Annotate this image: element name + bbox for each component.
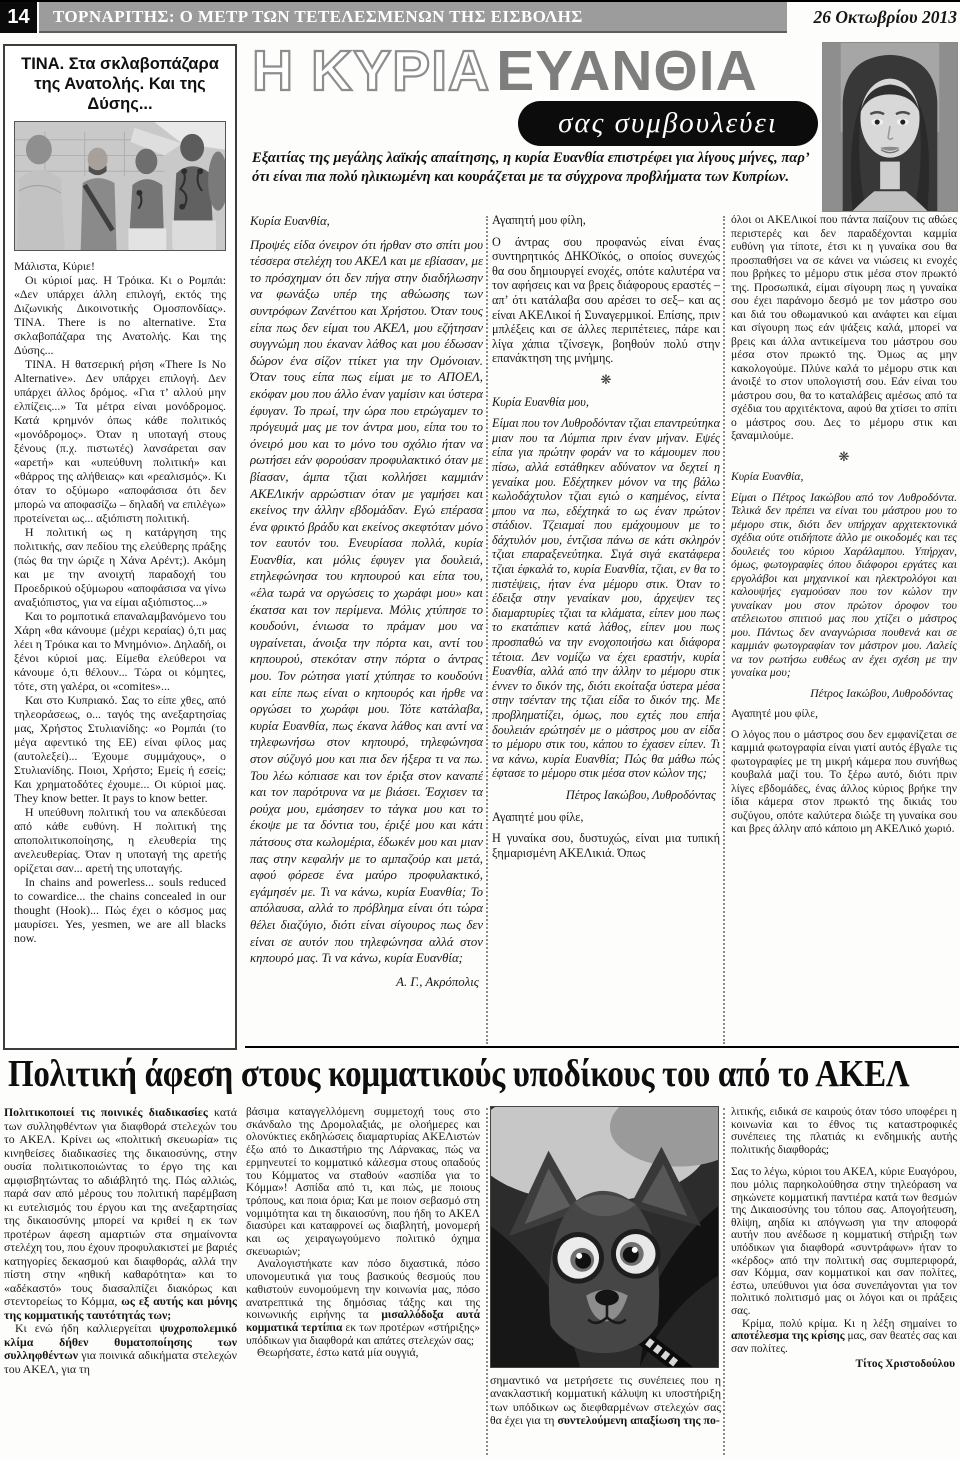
tina-paragraph: ΤΙΝΑ. Η θατσερική ρήση «There Is No Alte… [14, 357, 226, 525]
column-divider [486, 1108, 488, 1455]
column-divider [486, 216, 488, 1044]
flower-ornament-icon: ❋ [731, 450, 957, 464]
tina-box-title: ΤΙΝΑ. Στα σκλαβοπάζαρα της Ανατολής. Και… [14, 51, 226, 121]
article-paragraph: σημαντικό να μετρήσετε τις συνέπειες που… [490, 1374, 721, 1427]
article-paragraph: Κρίμα, πολύ κρίμα. Κι η λέξη σημαίνει το… [731, 1318, 957, 1356]
article-paragraph: Θεωρήσατε, έστω κατά μία ουγγιά, [246, 1347, 480, 1360]
masthead-title-solid: ΕΥΑΝΘΙΑ [496, 39, 758, 103]
reply-body: Η γυναίκα σου, δυστυχώς, είναι μια τυπικ… [492, 831, 720, 860]
article-column-1: Πολιτικοποιεί τις ποινικές διαδικασίες κ… [4, 1106, 237, 1458]
header-title: ΤΟΡΝΑΡΙΤΗΣ: Ο ΜΕΤΡ ΤΩΝ ΤΕΤΕΛΕΣΜΕΝΩΝ ΤΗΣ … [53, 7, 583, 27]
section-rule [245, 1046, 959, 1048]
article-paragraph: Σας το λέγω, κύριοι του ΑΚΕΛ, κύριε Ευαγ… [731, 1166, 957, 1317]
masthead-title-outline: Η ΚΥΡΙΑ [252, 39, 490, 103]
masthead-title: Η ΚΥΡΙΑΕΥΑΝΘΙΑ [252, 42, 818, 100]
page-number: 14 [0, 2, 37, 33]
letter-signature: Α. Γ., Ακρόπολις [250, 974, 483, 991]
letter-body: Είμαι ο Πέτρος Ιακώβου από τον Λυθροδόντ… [731, 491, 957, 680]
letter-body: Προψές είδα όνειρον ότι ήρθαν στο σπίτι … [250, 237, 483, 967]
flower-ornament-icon: ❋ [492, 373, 720, 388]
letter-salutation: Κυρία Ευανθία μου, [492, 395, 720, 410]
reply-body: Ο άντρας σου προφανώς είναι ένας συντηρη… [492, 235, 720, 366]
tina-sidebar-box: ΤΙΝΑ. Στα σκλαβοπάζαρα της Ανατολής. Και… [3, 44, 237, 1050]
article-paragraph: Κι ενώ ήδη καλλιεργείται ψυχροπολεμικό κ… [4, 1322, 237, 1376]
bold-phrase: αποτέλεσμα της κρίσης [731, 1330, 845, 1342]
column-divider [723, 1108, 725, 1455]
header-bar: ΤΟΡΝΑΡΙΤΗΣ: Ο ΜΕΤΡ ΤΩΝ ΤΕΤΕΛΕΣΜΕΝΩΝ ΤΗΣ … [39, 2, 787, 33]
paragraph-text: Κρίμα, πολύ κρίμα. Κι η λέξη σημαίνει το [742, 1318, 957, 1330]
letter-column-1: Κυρία Ευανθία, Προψές είδα όνειρον ότι ή… [250, 213, 483, 1046]
tina-paragraph: Μάλιστα, Κύριε! [14, 259, 226, 273]
bold-phrase: συντελούμενη απαξίωση της πο- [557, 1413, 719, 1427]
reply-salutation: Αγαπητέ μου φίλε, [492, 810, 720, 825]
article-paragraph: βάσιμα καταγγελλόμενη συμμετοχή τους στο… [246, 1106, 480, 1258]
tina-paragraph: Και στο Κυπριακό. Σας το είπε χθες, από … [14, 693, 226, 805]
tagline-pill: σας συμβουλεύει [518, 101, 818, 146]
paragraph-text: κατά των συλληφθέντων για διαφθορά στελε… [4, 1106, 237, 1308]
newspaper-page: 14 ΤΟΡΝΑΡΙΤΗΣ: Ο ΜΕΤΡ ΤΩΝ ΤΕΤΕΛΕΣΜΕΝΩΝ Τ… [0, 0, 960, 1460]
evanthia-portrait-photo [822, 42, 958, 212]
reply-body: Ο λόγος που ο μάστρος σου δεν εμφανίζετα… [731, 728, 957, 836]
article-paragraph: Αναλογιστήκατε καν πόσο διχαστικά, πόσο … [246, 1258, 480, 1347]
bold-lead: Πολιτικοποιεί τις ποινικές διαδικασίες [4, 1106, 208, 1119]
letter-salutation: Κυρία Ευανθία, [250, 213, 483, 230]
slave-market-photo [14, 121, 226, 251]
intro-deck: Εξαιτίας της μεγάλης λαϊκής απαίτησης, η… [252, 149, 814, 187]
dog-photo [490, 1106, 719, 1368]
article-paragraph: λιτικής, ειδικά σε καιρούς όταν τόσο υπο… [731, 1106, 957, 1156]
tina-paragraph: Οι κύριοί μας. Η Τρόικα. Κι ο Ρομπάι: «Δ… [14, 273, 226, 357]
letter-column-3: όλοι οι ΑΚΕΛικοί που πάντα παίζουν τις α… [731, 213, 957, 1046]
tagline-text: σας συμβουλεύει [558, 107, 778, 140]
article-column-4: λιτικής, ειδικά σε καιρούς όταν τόσο υπο… [731, 1106, 957, 1458]
paragraph-text: Κι ενώ ήδη καλλιεργείται [15, 1321, 159, 1335]
article-paragraph: Πολιτικοποιεί τις ποινικές διαδικασίες κ… [4, 1106, 237, 1322]
letter-body: Είμαι που τον Λυθροδόνταν τζιαι επαντρεύ… [492, 416, 720, 781]
article-headline: Πολιτική άφεση στους κομματικούς υποδίκο… [8, 1054, 956, 1096]
letter-signature: Πέτρος Ιακώβου, Λυθροδόντας [492, 788, 720, 803]
tina-paragraph: Και το ρομποτικά επαναλαμβανόμενο του Χά… [14, 609, 226, 693]
reply-body: όλοι οι ΑΚΕΛικοί που πάντα παίζουν τις α… [731, 213, 957, 443]
letter-salutation: Κυρία Ευανθία, [731, 470, 957, 484]
letter-signature: Πέτρος Ιακώβου, Λυθροδόντας [731, 687, 957, 701]
column-divider [723, 216, 725, 1044]
tina-paragraph: Η υπεύθυνη πολιτική του να απεκδύεσαι απ… [14, 805, 226, 875]
reply-salutation: Αγαπητέ μου φίλε, [731, 707, 957, 721]
tina-paragraph: Η πολιτική ως η κατάργηση της πολιτικής,… [14, 525, 226, 609]
tina-paragraph: In chains and powerless... souls reduced… [14, 875, 226, 945]
article-column-2: βάσιμα καταγγελλόμενη συμμετοχή τους στο… [246, 1106, 480, 1458]
author-signature: Τίτος Χριστοδούλου [731, 1358, 957, 1371]
issue-date: 26 Οκτωβρίου 2013 [787, 2, 957, 33]
reply-salutation: Αγαπητή μου φίλη, [492, 213, 720, 228]
article-column-3: σημαντικό να μετρήσετε τις συνέπειες που… [490, 1106, 721, 1458]
letter-column-2: Αγαπητή μου φίλη, Ο άντρας σου προφανώς … [492, 213, 720, 1046]
